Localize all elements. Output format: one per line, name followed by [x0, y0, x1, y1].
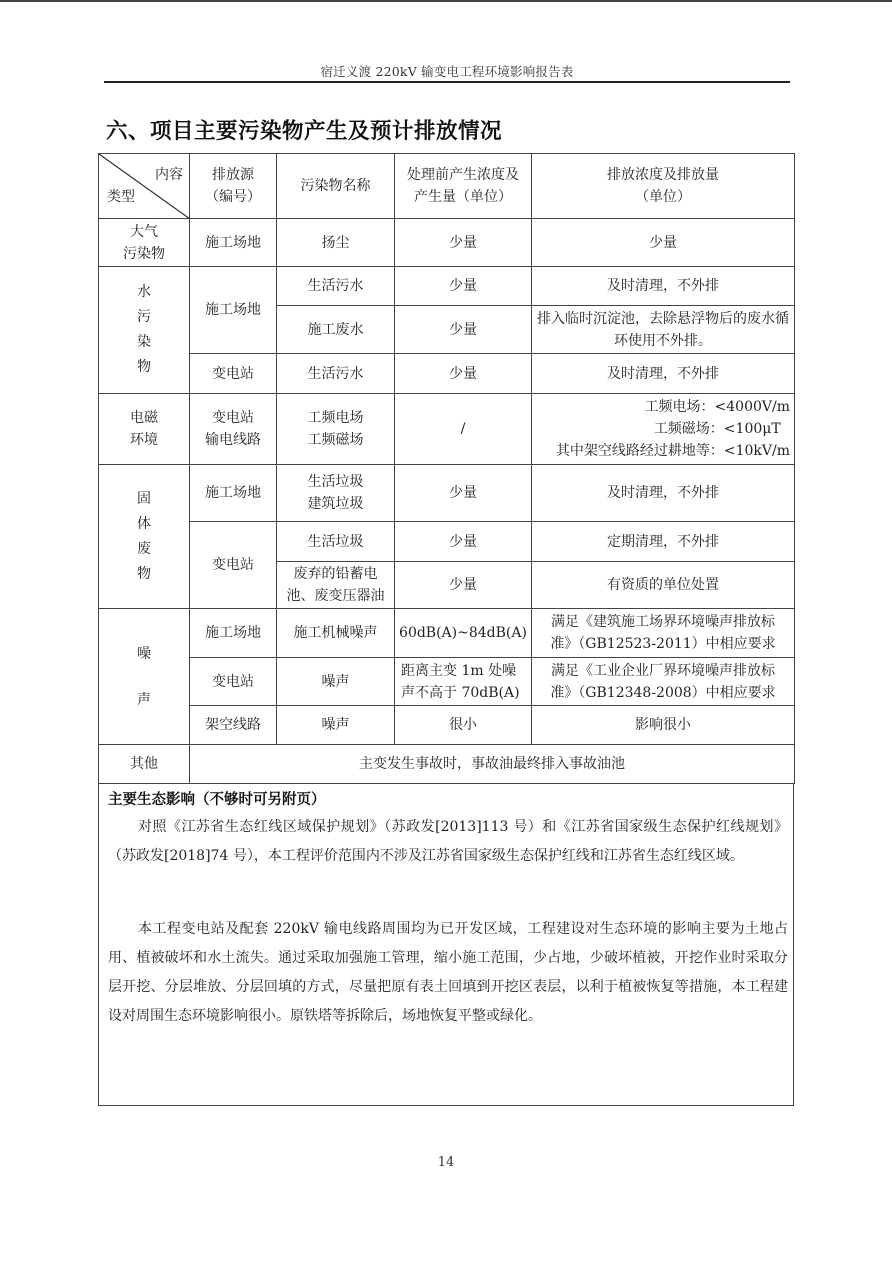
source-cell: 变电站: [190, 658, 277, 706]
table-row-water: 变电站 生活污水 少量 及时清理，不外排: [99, 354, 795, 394]
emission-cell: 有资质的单位处置: [532, 562, 795, 609]
table-row-noise: 噪声 施工场地 施工机械噪声 60dB(A)~84dB(A) 满足《建筑施工场界…: [99, 609, 795, 658]
source-cell: 施工场地: [190, 465, 277, 522]
pre-cell: 少量: [395, 562, 532, 609]
type-em: 电磁环境: [99, 394, 190, 465]
table-row-noise: 变电站 噪声 距离主变 1m 处噪声不高于 70dB(A) 满足《工业企业厂界环…: [99, 658, 795, 706]
emission-cell: 定期清理，不外排: [532, 522, 795, 562]
diagonal-header-cell: 内容 类型: [99, 154, 190, 219]
emission-cell: 排入临时沉淀池，去除悬浮物后的废水循环使用不外排。: [532, 306, 795, 354]
pollutant-cell: 生活污水: [277, 354, 395, 394]
source-cell: 施工场地: [190, 267, 277, 354]
pre-cell: 60dB(A)~84dB(A): [395, 609, 532, 658]
page-number: 14: [0, 1155, 892, 1170]
source-cell: 变电站输电线路: [190, 394, 277, 465]
header-content-label: 内容: [155, 164, 183, 186]
pre-cell: 少量: [395, 465, 532, 522]
emission-cell: 少量: [532, 219, 795, 267]
table-row-solid: 固体废物 施工场地 生活垃圾建筑垃圾 少量 及时清理，不外排: [99, 465, 795, 522]
pollutant-cell: 工频电场工频磁场: [277, 394, 395, 465]
type-water: 水污染物: [99, 267, 190, 394]
pollutant-table: 内容 类型 排放源（编号） 污染物名称 处理前产生浓度及产生量（单位） 排放浓度…: [98, 153, 795, 784]
pollutant-cell: 扬尘: [277, 219, 395, 267]
header-pre-treatment: 处理前产生浓度及产生量（单位）: [395, 154, 532, 219]
pre-cell: 少量: [395, 219, 532, 267]
pollutant-cell: 废弃的铅蓄电池、废变压器油: [277, 562, 395, 609]
ecology-paragraph: 对照《江苏省生态红线区域保护规划》（苏政发[2013]113 号）和《江苏省国家…: [108, 813, 788, 871]
header-emission: 排放浓度及排放量（单位）: [532, 154, 795, 219]
source-cell: 变电站: [190, 354, 277, 394]
section-title: 六、项目主要污染物产生及预计排放情况: [106, 114, 502, 145]
pollutant-cell: 噪声: [277, 706, 395, 745]
emission-cell: 及时清理，不外排: [532, 354, 795, 394]
pre-cell: 少量: [395, 306, 532, 354]
pollutant-cell: 噪声: [277, 658, 395, 706]
source-cell: 施工场地: [190, 609, 277, 658]
header-source: 排放源（编号）: [190, 154, 277, 219]
emission-cell: 工频电场：<4000V/m工频磁场：<100μT其中架空线路经过耕地等：<10k…: [532, 394, 795, 465]
type-noise: 噪声: [99, 609, 190, 745]
ecology-title: 主要生态影响（不够时可另附页）: [108, 788, 326, 809]
table-row-air: 大气污染物 施工场地 扬尘 少量 少量: [99, 219, 795, 267]
ecology-paragraph: 本工程变电站及配套 220kV 输电线路周围均为已开发区域，工程建设对生态环境的…: [108, 915, 788, 1031]
pre-cell: 少量: [395, 354, 532, 394]
source-cell: 变电站: [190, 522, 277, 609]
header-type-label: 类型: [107, 186, 135, 208]
emission-cell: 满足《建筑施工场界环境噪声排放标准》（GB12523-2011）中相应要求: [532, 609, 795, 658]
ecology-section: 主要生态影响（不够时可另附页） 对照《江苏省生态红线区域保护规划》（苏政发[20…: [98, 783, 794, 1106]
running-header: 宿迁义渡 220kV 输变电工程环境影响报告表: [104, 62, 790, 80]
emission-cell: 满足《工业企业厂界环境噪声排放标准》（GB12348-2008）中相应要求: [532, 658, 795, 706]
pollutant-cell: 生活污水: [277, 267, 395, 306]
pre-cell: 少量: [395, 522, 532, 562]
type-solid: 固体废物: [99, 465, 190, 609]
table-row-other: 其他 主变发生事故时，事故油最终排入事故油池: [99, 745, 795, 784]
emission-cell: 及时清理，不外排: [532, 267, 795, 306]
page-top-border: [0, 0, 892, 2]
type-air: 大气污染物: [99, 219, 190, 267]
pollutant-cell: 生活垃圾建筑垃圾: [277, 465, 395, 522]
table-row-em: 电磁环境 变电站输电线路 工频电场工频磁场 / 工频电场：<4000V/m工频磁…: [99, 394, 795, 465]
type-other: 其他: [99, 745, 190, 784]
header-pollutant: 污染物名称: [277, 154, 395, 219]
emission-cell: 及时清理，不外排: [532, 465, 795, 522]
source-cell: 施工场地: [190, 219, 277, 267]
pollutant-cell: 施工废水: [277, 306, 395, 354]
other-text: 主变发生事故时，事故油最终排入事故油池: [190, 745, 795, 784]
pollutant-cell: 施工机械噪声: [277, 609, 395, 658]
emission-cell: 影响很小: [532, 706, 795, 745]
source-cell: 架空线路: [190, 706, 277, 745]
header-rule: [104, 81, 790, 83]
table-header-row: 内容 类型 排放源（编号） 污染物名称 处理前产生浓度及产生量（单位） 排放浓度…: [99, 154, 795, 219]
pollutant-cell: 生活垃圾: [277, 522, 395, 562]
table-row-solid: 变电站 生活垃圾 少量 定期清理，不外排: [99, 522, 795, 562]
pre-cell: /: [395, 394, 532, 465]
pre-cell: 很小: [395, 706, 532, 745]
table-row-water: 水污染物 施工场地 生活污水 少量 及时清理，不外排: [99, 267, 795, 306]
table-row-noise: 架空线路 噪声 很小 影响很小: [99, 706, 795, 745]
pre-cell: 距离主变 1m 处噪声不高于 70dB(A): [395, 658, 532, 706]
pre-cell: 少量: [395, 267, 532, 306]
